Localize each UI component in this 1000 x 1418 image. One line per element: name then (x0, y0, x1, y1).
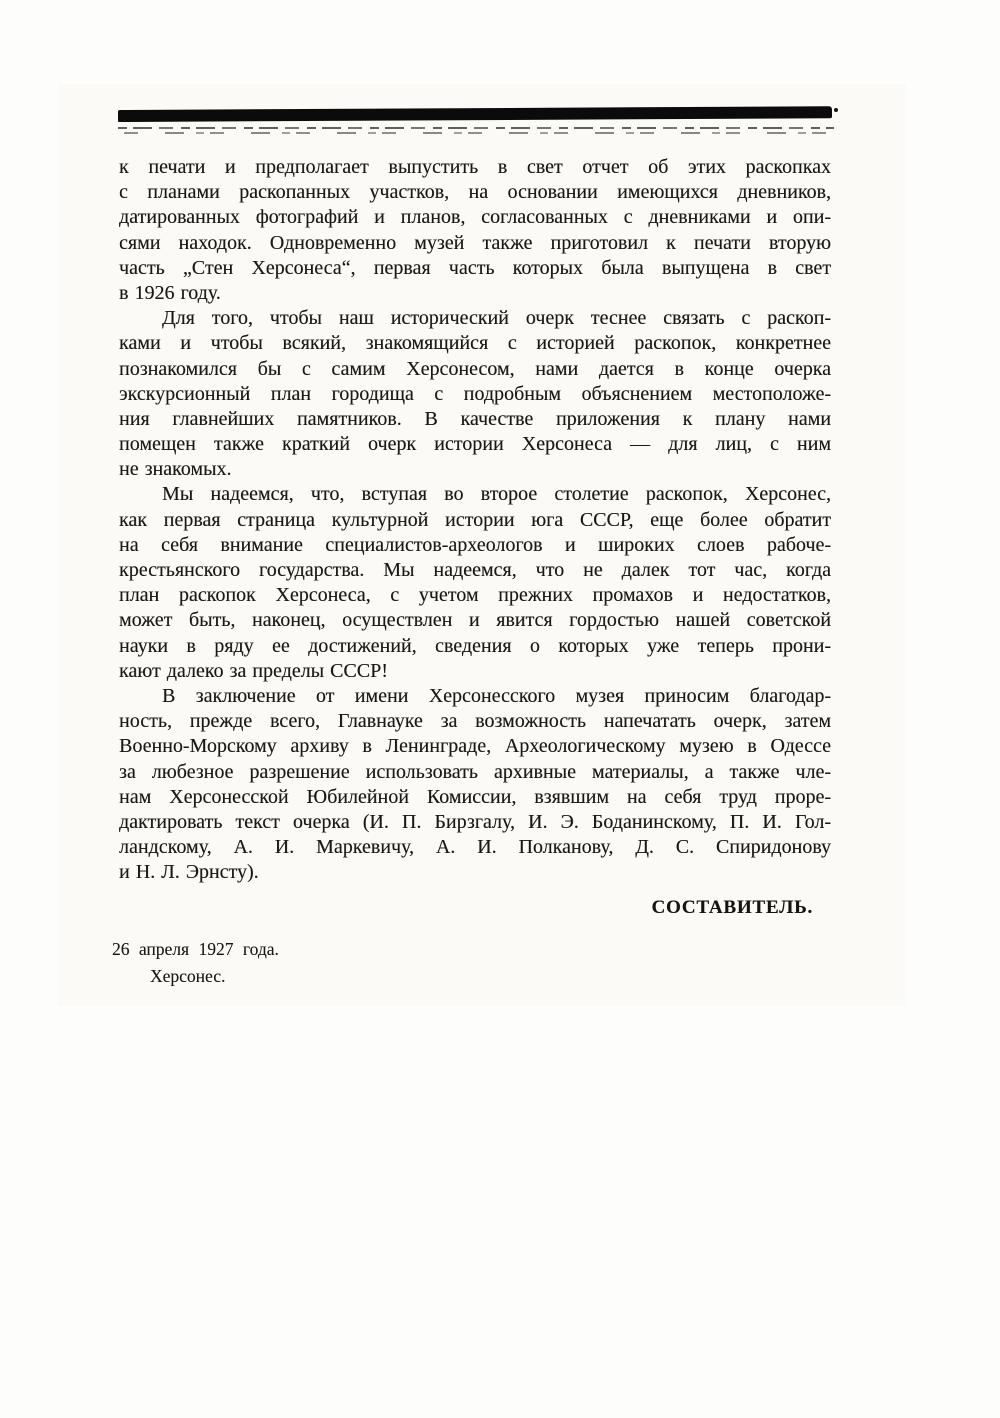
paragraph: В заключение от имени Херсонесского музе… (119, 684, 831, 886)
scan-noise-line (118, 127, 834, 129)
text-line: датированных фотографий и планов, соглас… (119, 205, 831, 230)
text-line: Военно-Морскому архиву в Ленинграде, Арх… (119, 734, 831, 759)
text-line: ландскому, А. И. Маркевичу, А. И. Полкан… (119, 835, 831, 860)
text-line: экскурсионный план городища с подробным … (119, 382, 831, 407)
scan-noise-line (118, 132, 834, 134)
date-block: 26 апреля 1927 года. Херсонес. (112, 936, 279, 990)
text-line: ния главнейших памятников. В качестве пр… (119, 407, 831, 432)
text-line: к печати и предполагает выпустить в свет… (119, 155, 831, 180)
text-line: сями находок. Одновременно музей также п… (119, 231, 831, 256)
text-line: В заключение от имени Херсонесского музе… (119, 684, 831, 709)
text-line: план раскопок Херсонеса, с учетом прежни… (119, 583, 831, 608)
body-text: к печати и предполагает выпустить в свет… (119, 155, 831, 885)
paragraph: Для того, чтобы наш исторический очерк т… (119, 306, 831, 482)
place-line: Херсонес. (150, 963, 279, 990)
text-line: может быть, наконец, осуществлен и явитс… (119, 608, 831, 633)
text-line: кают далеко за пределы СССР! (119, 659, 831, 684)
text-line: крестьянского государства. Мы надеемся, … (119, 558, 831, 583)
text-line: за любезное разрешение использовать архи… (119, 760, 831, 785)
text-line: Для того, чтобы наш исторический очерк т… (119, 306, 831, 331)
text-line: с планами раскопанных участков, на основ… (119, 180, 831, 205)
text-line: и Н. Л. Эрнсту). (119, 860, 831, 885)
text-line: ками и чтобы всякий, знакомящийся с исто… (119, 331, 831, 356)
text-line: на себя внимание специалистов-археологов… (119, 533, 831, 558)
text-line: часть „Стен Херсонеса“, первая часть кот… (119, 256, 831, 281)
composer-signature: СОСТАВИТЕЛЬ. (119, 897, 813, 919)
text-line: познакомился бы с самим Херсонесом, нами… (119, 357, 831, 382)
text-line: в 1926 году. (119, 281, 831, 306)
text-line: науки в ряду ее достижений, сведения о к… (119, 634, 831, 659)
paragraph: к печати и предполагает выпустить в свет… (119, 155, 831, 306)
text-line: помещен также краткий очерк истории Херс… (119, 432, 831, 457)
text-line: ность, прежде всего, Главнауке за возмож… (119, 709, 831, 734)
text-line: как первая страница культурной истории ю… (119, 508, 831, 533)
ink-speck (834, 108, 838, 112)
paragraph: Мы надеемся, что, вступая во второе стол… (119, 482, 831, 684)
scanned-page: к печати и предполагает выпустить в свет… (0, 0, 1000, 1418)
date-line: 26 апреля 1927 года. (112, 936, 279, 963)
text-line: не знакомых. (119, 457, 831, 482)
text-line: дактировать текст очерка (И. П. Бирзгалу… (119, 810, 831, 835)
text-line: Мы надеемся, что, вступая во второе стол… (119, 482, 831, 507)
text-line: нам Херсонесской Юбилейной Комиссии, взя… (119, 785, 831, 810)
